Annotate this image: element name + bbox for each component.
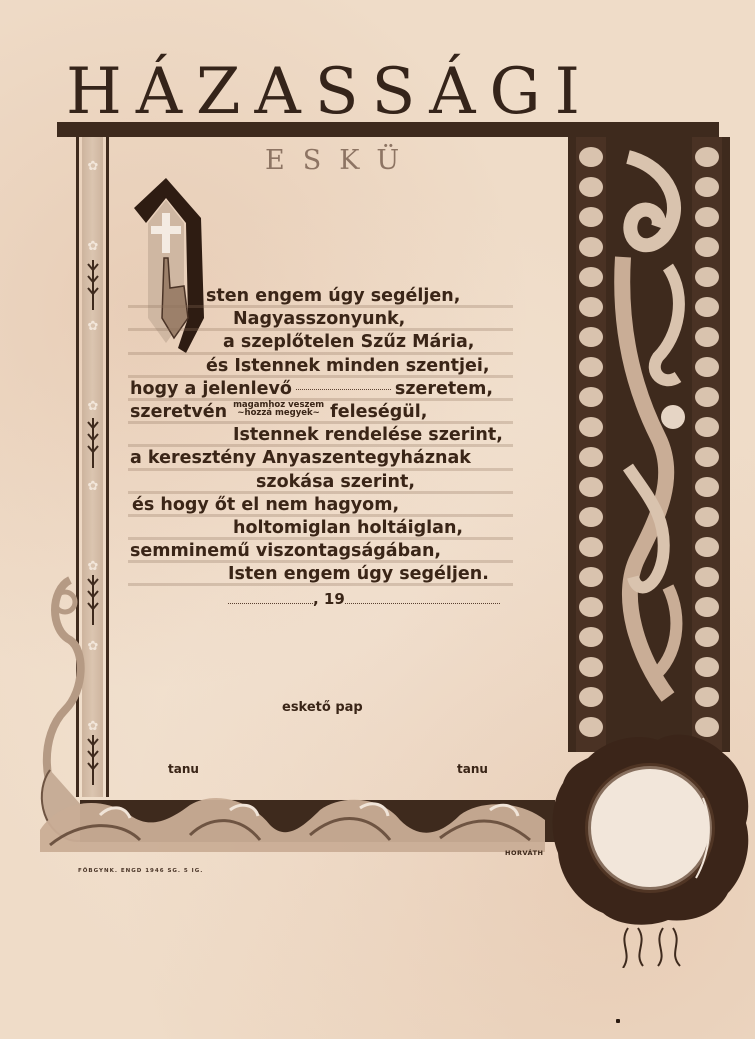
oath-line: Istennek rendelése szerint, (128, 424, 513, 447)
witness-signature-label-right: tanu (457, 762, 488, 776)
place-blank[interactable] (228, 603, 313, 604)
printer-imprint: FŐBGYNK. ENGD 1946 SG. 5 IG. (78, 868, 203, 874)
oath-line: semminemű viszontagságában, (128, 540, 513, 563)
oath-text: sten engem úgy segéljen, Nagyasszonyunk,… (128, 285, 513, 586)
oath-line: szeretvénmagamhoz veszem~hozzá megyek~fe… (128, 401, 513, 424)
paper-speck (616, 1019, 620, 1023)
top-border-bar (57, 122, 719, 137)
oath-line: és hogy őt el nem hagyom, (128, 494, 513, 517)
name-blank-field[interactable] (296, 389, 391, 390)
date-blank[interactable] (345, 603, 500, 604)
artist-signature: HORVÁTH (505, 849, 543, 857)
witness-signature-label-left: tanu (168, 762, 199, 776)
oath-line: és Istennek minden szentjei, (128, 355, 513, 378)
flower-icon: ✿ (86, 160, 100, 174)
certificate-subtitle: ESKÜ (265, 145, 417, 176)
bottom-acanthus-border (40, 790, 555, 860)
flower-icon: ✿ (86, 240, 100, 254)
wax-seal (548, 728, 753, 968)
oath-line: a keresztény Anyaszentegyháznak (128, 447, 513, 470)
oath-line: sten engem úgy segéljen, (128, 285, 513, 308)
sprig-icon (85, 260, 101, 310)
oath-line: holtomiglan holtáiglan, (128, 517, 513, 540)
oath-line: a szeplőtelen Szűz Mária, (128, 331, 513, 354)
certificate-title: HÁZASSÁGI (66, 60, 676, 124)
flower-icon: ✿ (86, 400, 100, 414)
priest-signature-label: eskető pap (282, 700, 363, 715)
date-field[interactable]: , 19 (228, 590, 498, 608)
oath-line: szokása szerint, (128, 471, 513, 494)
oath-line: Nagyasszonyunk, (128, 308, 513, 331)
oath-line: Isten engem úgy segéljen. (128, 563, 513, 586)
right-carved-panel (568, 137, 730, 752)
flower-icon: ✿ (86, 320, 100, 334)
oath-line: hogy a jelenlevőszeretem, (128, 378, 513, 401)
flower-icon: ✿ (86, 480, 100, 494)
sprig-icon (85, 418, 101, 468)
alternative-wording: magamhoz veszem~hozzá megyek~ (233, 401, 324, 417)
